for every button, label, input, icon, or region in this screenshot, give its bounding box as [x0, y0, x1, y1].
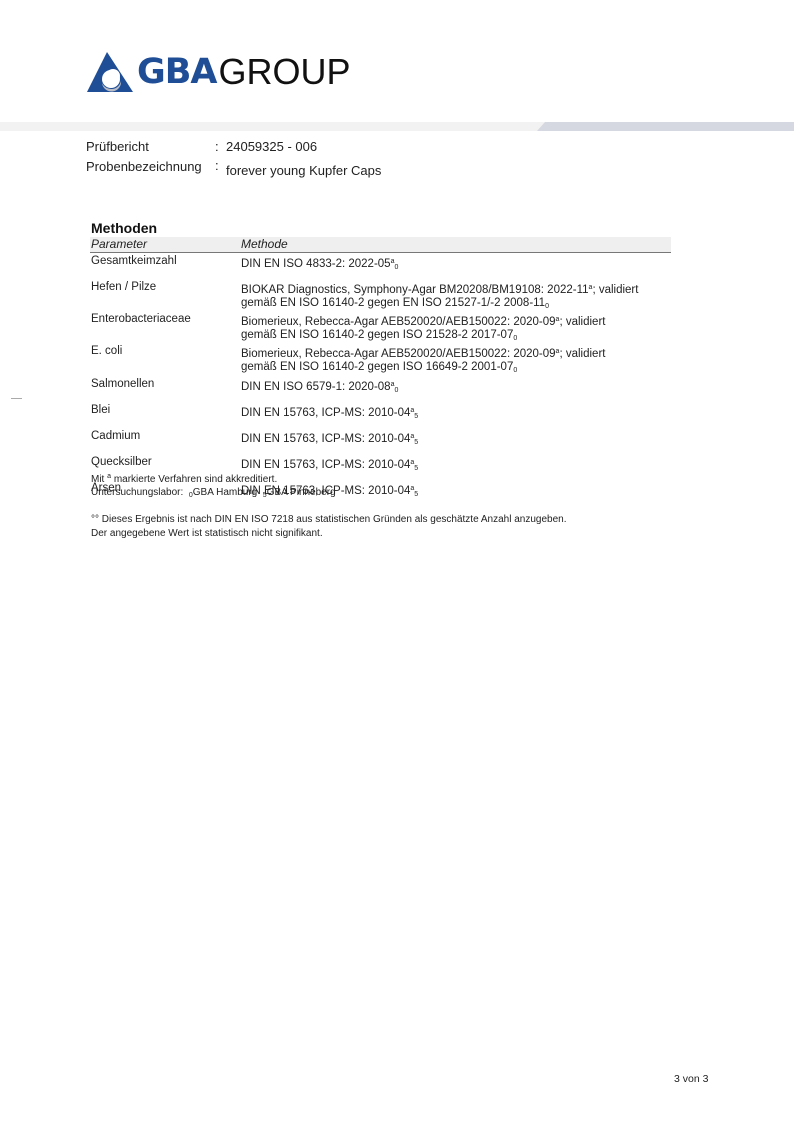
column-header-parameter: Parameter [90, 237, 241, 252]
logo-text-gba: GBA [137, 52, 217, 92]
statistic-note-line-1: °° Dieses Ergebnis ist nach DIN EN ISO 7… [91, 513, 566, 527]
fold-mark [11, 398, 22, 399]
parameter-cell: Cadmium [90, 430, 241, 449]
lab-note: Untersuchungslabor: 0GBA Hamburg 5GBA Pi… [91, 486, 336, 502]
sample-value: forever young Kupfer Caps [226, 163, 381, 178]
table-row: CadmiumDIN EN 15763, ICP-MS: 2010-04a5 [90, 430, 671, 449]
logo-text-group: GROUP [219, 52, 351, 92]
method-cell: BIOKAR Diagnostics, Symphony-Agar BM2020… [241, 281, 671, 313]
header-band-light [0, 122, 560, 131]
notes-accreditation: Mit a markierte Verfahren sind akkrediti… [91, 470, 336, 502]
table-row: SalmonellenDIN EN ISO 6579-1: 2020-08a0 [90, 378, 671, 397]
parameter-cell: Enterobacteriaceae [90, 313, 241, 345]
table-row: EnterobacteriaceaeBiomerieux, Rebecca-Ag… [90, 313, 671, 345]
parameter-cell: Hefen / Pilze [90, 281, 241, 313]
parameter-cell: Salmonellen [90, 378, 241, 397]
table-row: E. coliBiomerieux, Rebecca-Agar AEB52002… [90, 345, 671, 377]
method-cell: Biomerieux, Rebecca-Agar AEB520020/AEB15… [241, 313, 671, 345]
report-label: Prüfbericht [86, 139, 149, 154]
triangle-logo-icon [87, 52, 133, 92]
header-band-dark [537, 122, 794, 131]
method-cell: Biomerieux, Rebecca-Agar AEB520020/AEB15… [241, 345, 671, 377]
colon: : [215, 158, 219, 173]
parameter-cell: Blei [90, 404, 241, 423]
methods-table-header: Parameter Methode [90, 237, 671, 253]
table-row: GesamtkeimzahlDIN EN ISO 4833-2: 2022-05… [90, 255, 671, 274]
colon: : [215, 139, 219, 154]
methods-table-body: GesamtkeimzahlDIN EN ISO 4833-2: 2022-05… [90, 255, 671, 501]
gba-group-logo: GBA GROUP [87, 52, 351, 92]
method-cell: DIN EN 15763, ICP-MS: 2010-04a5 [241, 404, 671, 423]
notes-statistic: °° Dieses Ergebnis ist nach DIN EN ISO 7… [91, 513, 566, 541]
parameter-cell: E. coli [90, 345, 241, 377]
report-value: 24059325 - 006 [226, 139, 317, 154]
method-cell: DIN EN 15763, ICP-MS: 2010-04a5 [241, 430, 671, 449]
method-cell: DIN EN ISO 6579-1: 2020-08a0 [241, 378, 671, 397]
parameter-cell: Gesamtkeimzahl [90, 255, 241, 274]
statistic-note-line-2: Der angegebene Wert ist statistisch nich… [91, 527, 566, 541]
methods-section: Methoden Parameter Methode Gesamtkeimzah… [90, 220, 671, 501]
page-number: 3 von 3 [674, 1073, 708, 1085]
column-header-method: Methode [241, 237, 671, 252]
table-row: Hefen / PilzeBIOKAR Diagnostics, Symphon… [90, 281, 671, 313]
table-row: BleiDIN EN 15763, ICP-MS: 2010-04a5 [90, 404, 671, 423]
sample-label: Probenbezeichnung [86, 159, 202, 174]
methods-title: Methoden [91, 220, 671, 237]
method-cell: DIN EN ISO 4833-2: 2022-05a0 [241, 255, 671, 274]
accredited-note: Mit a markierte Verfahren sind akkrediti… [91, 470, 336, 486]
